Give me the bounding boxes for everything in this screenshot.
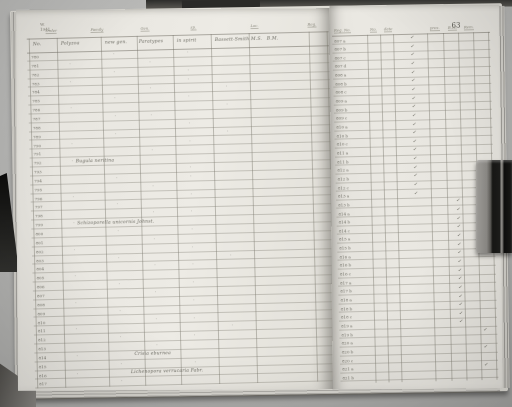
check-mark: ✓ xyxy=(483,327,488,333)
check-mark: ✓ xyxy=(458,293,463,299)
ditto-mark: · xyxy=(117,202,118,207)
registration-number: 815 a xyxy=(339,237,350,242)
column-header: B.M. xyxy=(267,36,279,41)
check-mark: ✓ xyxy=(456,198,461,204)
registration-number: 818 c xyxy=(341,315,352,320)
row-number: 787 xyxy=(33,116,41,121)
ditto-mark: · xyxy=(191,227,192,232)
ditto-mark: · xyxy=(190,165,191,170)
row-number: 814 xyxy=(38,355,46,360)
row-number: 784 xyxy=(32,90,40,95)
row-number: 788 xyxy=(33,125,41,130)
ditto-mark: · xyxy=(194,333,195,338)
check-mark: ✓ xyxy=(413,173,418,179)
check-mark: ✓ xyxy=(483,344,488,350)
ditto-mark: · xyxy=(76,327,77,332)
row-number: 800 xyxy=(35,231,43,236)
row-number: 796 xyxy=(35,196,43,201)
row-number: 799 xyxy=(35,222,43,227)
ditto-mark: · xyxy=(118,255,119,260)
ditto-mark: · xyxy=(76,353,77,358)
ditto-mark: · xyxy=(120,335,121,340)
ditto-mark: · xyxy=(230,252,231,257)
registration-number: 812 b xyxy=(338,176,350,181)
column-header: Polyzoa xyxy=(61,41,80,46)
ditto-mark: · xyxy=(71,141,72,146)
check-mark: ✓ xyxy=(411,86,416,92)
ditto-mark: · xyxy=(190,191,191,196)
registration-number: 809 b xyxy=(336,107,348,112)
check-mark: ✓ xyxy=(414,190,419,196)
ditto-mark: · xyxy=(113,69,114,74)
ditto-mark: · xyxy=(74,247,75,252)
registration-number: 810 a xyxy=(336,124,347,129)
check-mark: ✓ xyxy=(457,232,462,238)
column-pencil-note: Loc. xyxy=(250,23,258,29)
row-number: 792 xyxy=(34,160,42,165)
row-number: 790 xyxy=(33,143,41,148)
registration-number: 814 c xyxy=(339,228,350,233)
registration-number: 808 a xyxy=(335,72,346,77)
registration-number: 820 a xyxy=(342,341,353,346)
check-mark: ✓ xyxy=(456,224,461,230)
registration-number: 816 b xyxy=(340,263,352,268)
column-pencil-note: pres. xyxy=(430,25,440,31)
registration-number: 809 c xyxy=(336,116,347,121)
column-header: Paratypes xyxy=(139,39,163,45)
ditto-mark: · xyxy=(193,280,194,285)
row-number: 785 xyxy=(32,99,40,104)
registration-number: 819 b xyxy=(341,332,353,337)
check-mark: ✓ xyxy=(413,156,418,162)
row-number: 813 xyxy=(38,346,46,351)
ditto-mark: · xyxy=(191,209,192,214)
row-number: 817 xyxy=(39,382,47,387)
row-number: 808 xyxy=(37,302,45,307)
registration-number: 811 a xyxy=(337,150,348,155)
registration-number: 820 b xyxy=(342,349,354,354)
row-number: 798 xyxy=(35,214,43,219)
ditto-mark: · xyxy=(119,308,120,313)
registration-number: 817 b xyxy=(340,289,352,294)
column-pencil-note: B.M. xyxy=(448,25,457,31)
species-entry: Bugula neritina xyxy=(76,158,115,164)
row-number: 781 xyxy=(31,63,39,68)
registration-number: 807 b xyxy=(334,46,346,51)
column-pencil-note: Reg. No. xyxy=(334,27,351,33)
column-header: Bassett-Smith M.S. xyxy=(215,37,262,43)
registration-number: 808 c xyxy=(335,90,346,95)
check-mark: ✓ xyxy=(411,69,416,75)
registration-number: 816 a xyxy=(339,254,350,259)
check-mark: ✓ xyxy=(410,43,415,49)
check-mark: ✓ xyxy=(410,35,415,41)
registration-number: 814 b xyxy=(339,219,351,224)
row-number: 806 xyxy=(37,284,45,289)
ditto-mark: · xyxy=(70,106,71,111)
registration-number: 820 c xyxy=(342,358,353,363)
check-mark: ✓ xyxy=(411,104,416,110)
ditto-mark: · xyxy=(74,274,75,279)
registration-number: 807 a xyxy=(334,38,345,43)
ditto-mark: · xyxy=(226,102,227,107)
check-mark: ✓ xyxy=(458,276,463,282)
row-number: 809 xyxy=(37,311,45,316)
registration-number: 819 a xyxy=(341,323,352,328)
row-number: 805 xyxy=(37,275,45,280)
check-mark: ✓ xyxy=(411,95,416,101)
column-header: No. xyxy=(33,42,42,47)
ditto-mark: · xyxy=(152,183,153,188)
registration-number: 810 b xyxy=(336,133,348,138)
check-mark: ✓ xyxy=(456,215,461,221)
check-mark: ✓ xyxy=(458,302,463,308)
registration-number: 807 c xyxy=(335,55,346,60)
check-mark: ✓ xyxy=(459,319,464,325)
check-mark: ✓ xyxy=(412,138,417,144)
ditto-mark: · xyxy=(153,210,154,215)
check-mark: ✓ xyxy=(413,147,418,153)
check-mark: ✓ xyxy=(413,164,418,170)
ditto-mark: · xyxy=(121,379,122,384)
row-number: 807 xyxy=(37,293,45,298)
ditto-mark: · xyxy=(73,221,74,226)
row-number: 812 xyxy=(38,337,46,342)
ditto-mark: · xyxy=(232,323,233,328)
ditto-mark: · xyxy=(155,289,156,294)
row-number: 816 xyxy=(39,373,47,378)
registration-number: 812 c xyxy=(338,185,349,190)
registration-number: 811 b xyxy=(337,159,349,164)
ditto-mark: · xyxy=(149,59,150,64)
check-mark: ✓ xyxy=(410,60,415,66)
ditto-mark: · xyxy=(77,371,78,376)
check-mark: ✓ xyxy=(412,130,417,136)
registration-number: 816 c xyxy=(340,271,351,276)
ditto-mark: · xyxy=(188,94,189,99)
column-pencil-note: sp. xyxy=(190,24,196,30)
check-mark: ✓ xyxy=(458,284,463,290)
row-number: 783 xyxy=(32,81,40,86)
ditto-mark: · xyxy=(195,359,196,364)
registration-number: 814 a xyxy=(338,211,349,216)
row-number: 789 xyxy=(33,134,41,139)
ditto-mark: · xyxy=(189,138,190,143)
ditto-mark: · xyxy=(75,300,76,305)
check-mark: ✓ xyxy=(457,241,462,247)
row-number: 791 xyxy=(33,152,41,157)
column-header: in spirit xyxy=(177,38,197,43)
ditto-mark: · xyxy=(193,297,194,302)
check-mark: ✓ xyxy=(457,267,462,273)
check-mark: ✓ xyxy=(456,206,461,212)
ditto-mark: · xyxy=(156,316,157,321)
ditto-mark: · xyxy=(73,194,74,199)
ditto-mark: · xyxy=(154,236,155,241)
row-number: 794 xyxy=(34,178,42,183)
check-mark: ✓ xyxy=(484,361,489,367)
row-number: 782 xyxy=(32,72,40,77)
ditto-mark: · xyxy=(226,84,227,89)
registration-number: 813 b xyxy=(338,202,350,207)
check-mark: ✓ xyxy=(457,250,462,256)
registration-number: 818 a xyxy=(340,297,351,302)
ditto-mark: · xyxy=(194,315,195,320)
ditto-mark: · xyxy=(187,50,188,55)
row-number: 803 xyxy=(36,258,44,263)
registration-number: 817 a xyxy=(340,280,351,285)
check-mark: ✓ xyxy=(412,121,417,127)
check-mark: ✓ xyxy=(413,182,418,188)
registration-number: 821 a xyxy=(342,366,353,371)
left-page-table: OrderFamilyGen.sp.Loc.Reg.No.Polyzoanew … xyxy=(16,2,340,391)
ditto-mark: · xyxy=(115,131,116,136)
ditto-mark: · xyxy=(188,76,189,81)
ditto-mark: · xyxy=(70,79,71,84)
ditto-mark: · xyxy=(150,86,151,91)
ditto-mark: · xyxy=(187,67,188,72)
ditto-mark: · xyxy=(190,173,191,178)
registration-number: 807 d xyxy=(335,64,347,69)
species-entry: Crisia eburnea xyxy=(134,352,171,358)
ditto-mark: · xyxy=(151,112,152,117)
binder-clip-right xyxy=(476,160,512,253)
row-number: 811 xyxy=(38,329,46,334)
ditto-mark: · xyxy=(113,51,114,56)
check-mark: ✓ xyxy=(412,112,417,118)
column-pencil-note: Family xyxy=(90,27,103,33)
left-page: W. 1941 OrderFamilyGen.sp.Loc.Reg.No.Pol… xyxy=(16,8,333,391)
ditto-mark: · xyxy=(116,175,117,180)
ditto-mark: · xyxy=(121,361,122,366)
row-number: 815 xyxy=(39,364,47,369)
row-rule xyxy=(341,377,499,382)
registration-number: 809 a xyxy=(336,98,347,103)
ditto-mark: · xyxy=(154,263,155,268)
row-number: 780 xyxy=(31,54,39,59)
column-header: new gen. xyxy=(105,40,127,46)
registration-number: 808 b xyxy=(335,81,347,86)
ditto-mark: · xyxy=(156,343,157,348)
row-number: 795 xyxy=(34,187,42,192)
ditto-mark: · xyxy=(117,228,118,233)
row-number: 786 xyxy=(32,107,40,112)
check-mark: ✓ xyxy=(410,52,415,58)
row-number: 810 xyxy=(38,320,46,325)
row-number: 801 xyxy=(36,240,44,245)
row-number: 802 xyxy=(36,249,44,254)
ditto-mark: · xyxy=(227,128,228,133)
row-number: 804 xyxy=(36,267,44,272)
ledger-photo: W. 1941 OrderFamilyGen.sp.Loc.Reg.No.Pol… xyxy=(0,0,512,407)
column-pencil-note: date xyxy=(384,26,393,32)
check-mark: ✓ xyxy=(457,258,462,264)
column-pencil-note: Gen. xyxy=(140,26,149,32)
row-rule xyxy=(35,380,337,388)
column-pencil-note: Rem. xyxy=(464,24,474,30)
registration-number: 813 a xyxy=(338,194,349,199)
registration-number: 818 b xyxy=(341,306,353,311)
check-mark: ✓ xyxy=(411,78,416,84)
column-pencil-note: No. xyxy=(370,27,377,33)
row-number: 797 xyxy=(35,205,43,210)
registration-number: 812 a xyxy=(337,168,348,173)
registration-number: 821 b xyxy=(342,375,354,380)
row-number: 793 xyxy=(34,169,42,174)
ditto-mark: · xyxy=(72,159,73,164)
ditto-mark: · xyxy=(192,244,193,249)
column-pencil-note: Order xyxy=(45,28,57,34)
ditto-mark: · xyxy=(115,113,116,118)
ditto-mark: · xyxy=(119,281,120,286)
ditto-mark: · xyxy=(189,120,190,125)
column-pencil-note: Reg. xyxy=(307,21,316,27)
registration-number: 810 c xyxy=(337,142,348,147)
ditto-mark: · xyxy=(151,148,152,153)
check-mark: ✓ xyxy=(459,310,464,316)
ditto-mark: · xyxy=(192,262,193,267)
registration-number: 815 b xyxy=(339,245,351,250)
ditto-mark: · xyxy=(69,61,70,66)
ditto-mark: · xyxy=(114,96,115,101)
